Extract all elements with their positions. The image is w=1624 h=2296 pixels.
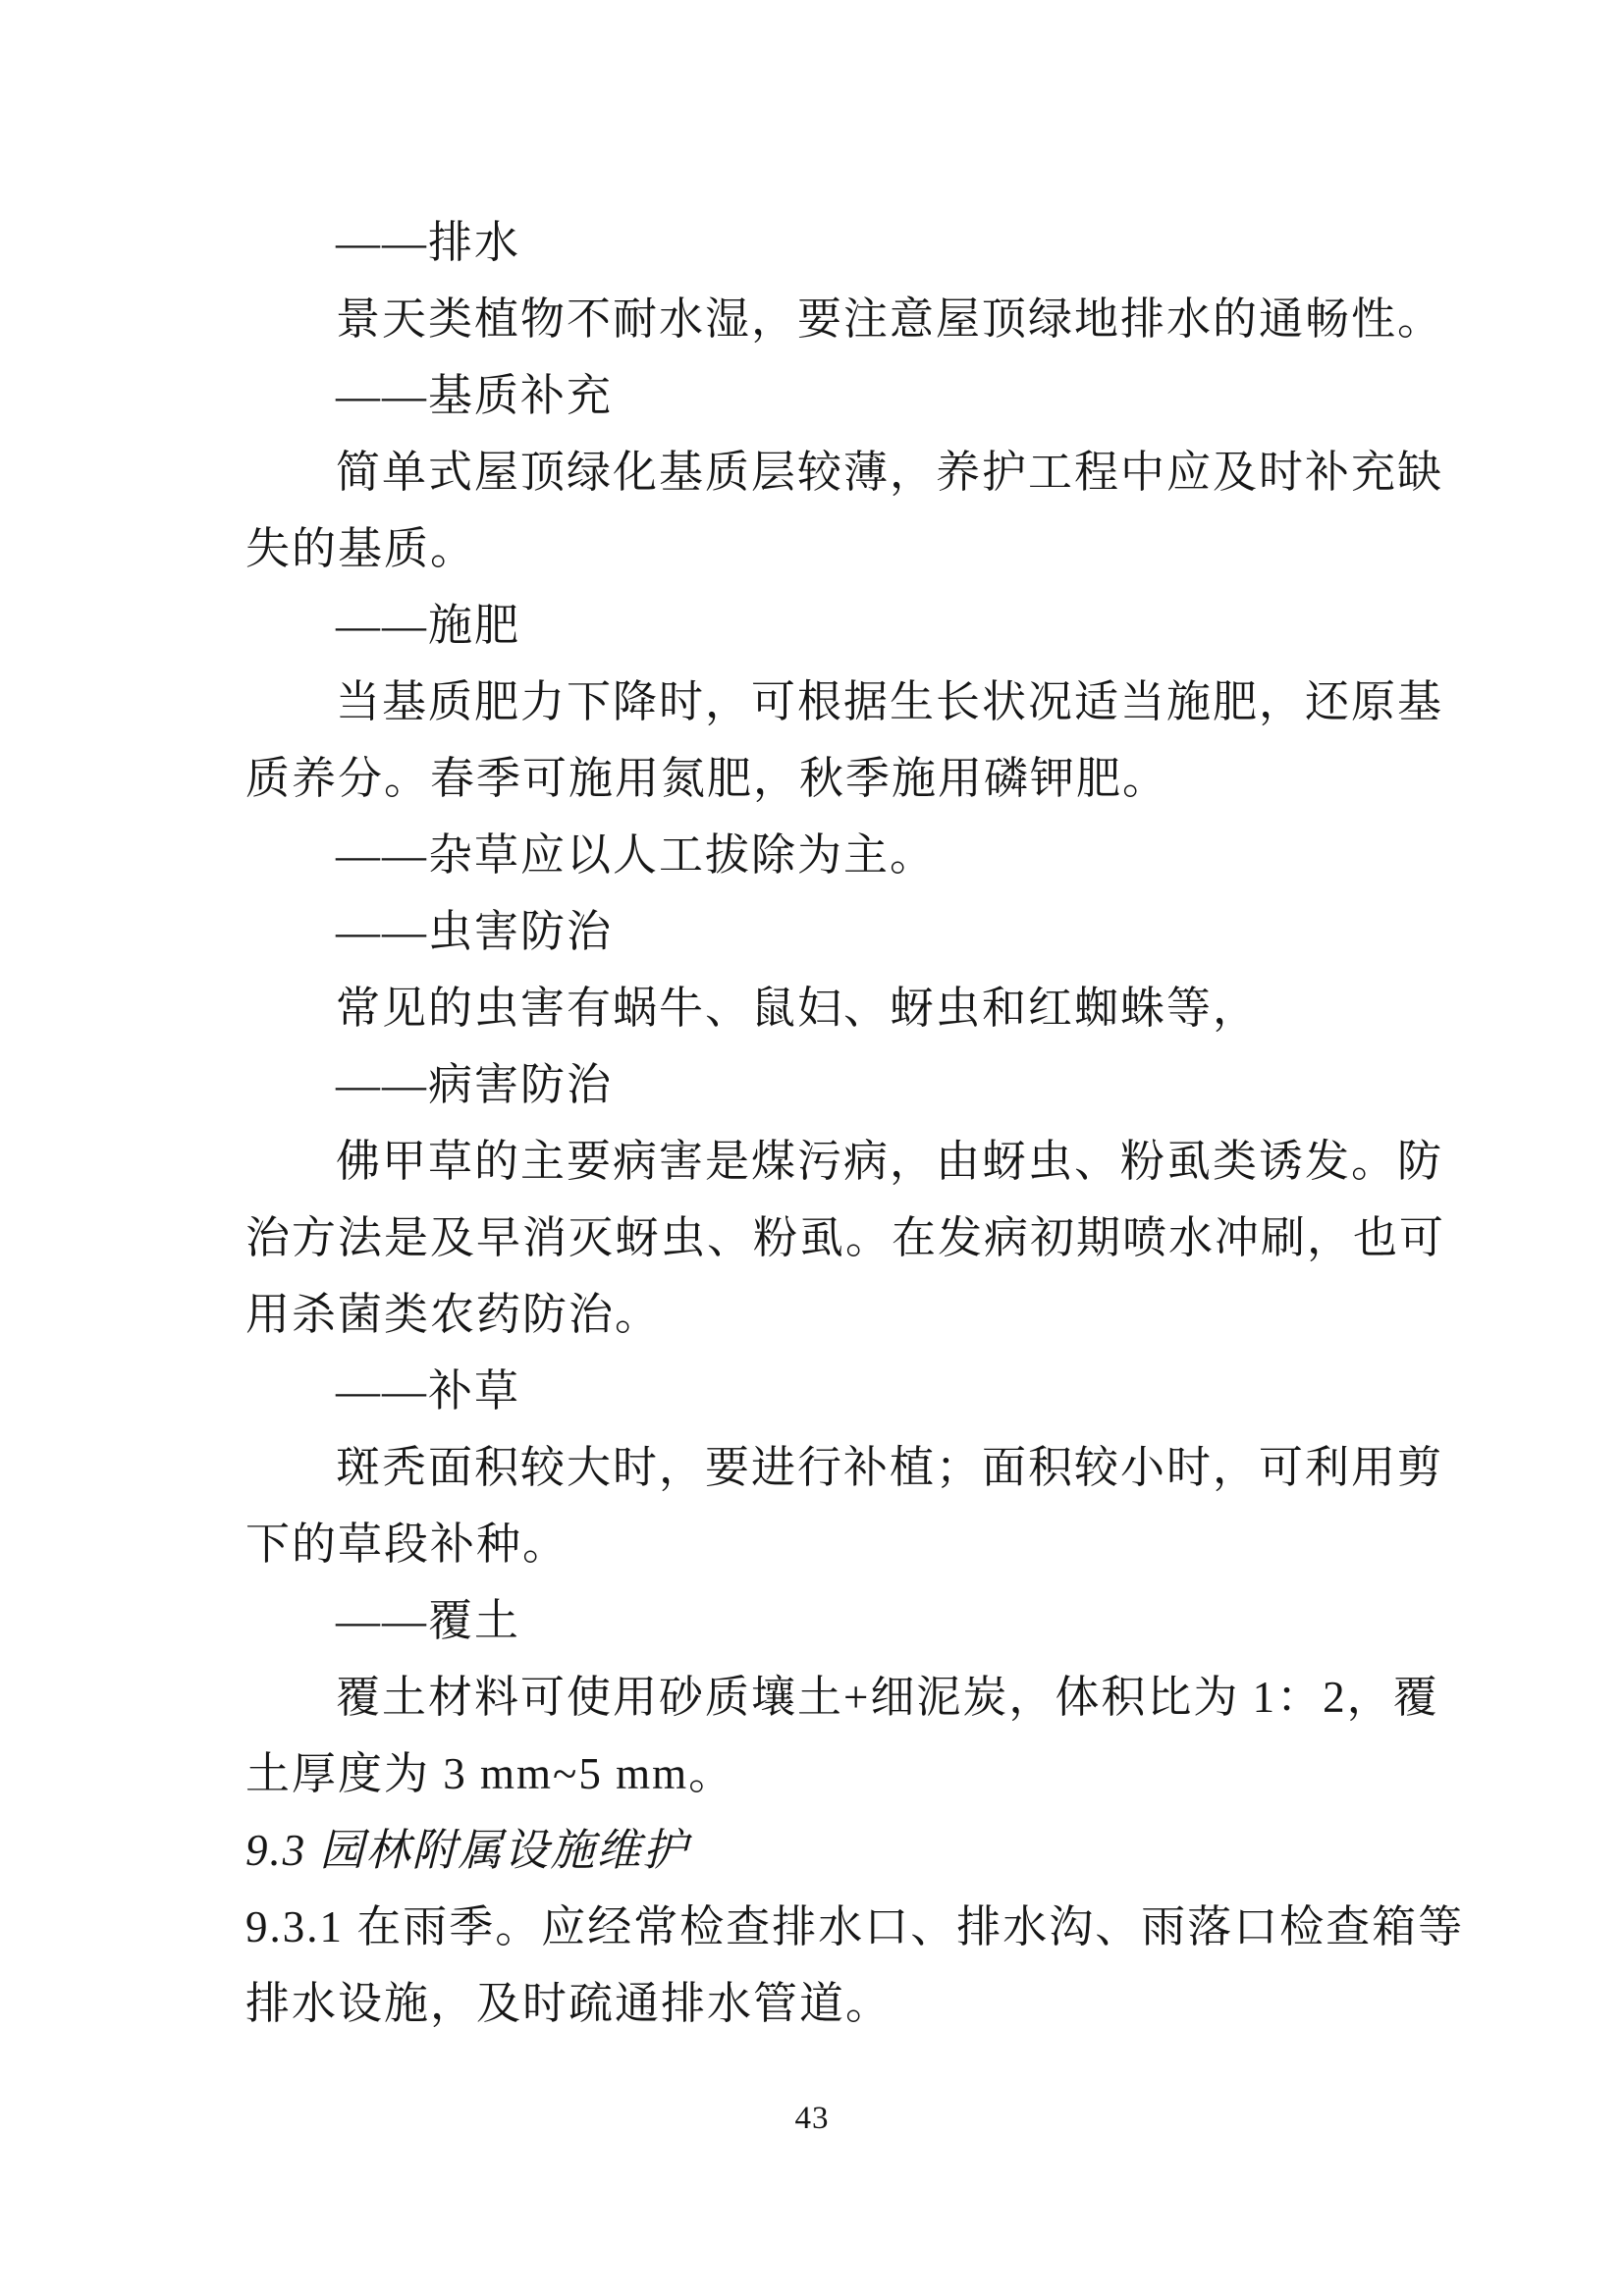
paragraph-soil-cover-line1: 覆土材料可使用砂质壤土+细泥炭，体积比为 1：2，覆 [245,1659,1384,1735]
paragraph-patching-line2: 下的草段补种。 [245,1506,1384,1582]
dash-item-grass-patching: ——补草 [245,1353,1384,1429]
text-block: ——排水 景天类植物不耐水湿，要注意屋顶绿地排水的通畅性。 ——基质补充 简单式… [245,204,1384,2042]
paragraph-disease-line3: 用杀菌类农药防治。 [245,1276,1384,1353]
paragraph-fertilize-line1: 当基质肥力下降时，可根据生长状况适当施肥，还原基 [245,664,1384,740]
dash-item-weeds: ——杂草应以人工拔除为主。 [245,817,1384,893]
dash-item-fertilize: ——施肥 [245,587,1384,664]
paragraph-fertilize-line2: 质养分。春季可施用氮肥，秋季施用磷钾肥。 [245,740,1384,817]
dash-item-drainage: ——排水 [245,204,1384,281]
section-heading-9-3: 9.3 园林附属设施维护 [245,1812,1384,1889]
document-page: ——排水 景天类植物不耐水湿，要注意屋顶绿地排水的通畅性。 ——基质补充 简单式… [0,0,1624,2296]
dash-item-pest-control: ——虫害防治 [245,893,1384,970]
clause-9-3-1-line1: 9.3.1 在雨季。应经常检查排水口、排水沟、雨落口检查箱等 [245,1889,1384,1965]
page-number: 43 [0,2099,1624,2138]
paragraph-disease-line2: 治方法是及早消灭蚜虫、粉虱。在发病初期喷水冲刷，也可 [245,1200,1384,1276]
paragraph-substrate-line1: 简单式屋顶绿化基质层较薄，养护工程中应及时补充缺 [245,434,1384,510]
paragraph-substrate-line2: 失的基质。 [245,510,1384,587]
paragraph-patching-line1: 斑秃面积较大时，要进行补植；面积较小时，可利用剪 [245,1429,1384,1506]
paragraph-pests: 常见的虫害有蜗牛、鼠妇、蚜虫和红蜘蛛等， [245,970,1384,1046]
paragraph-disease-line1: 佛甲草的主要病害是煤污病，由蚜虫、粉虱类诱发。防 [245,1123,1384,1200]
dash-item-disease-control: ——病害防治 [245,1046,1384,1123]
paragraph-drainage: 景天类植物不耐水湿，要注意屋顶绿地排水的通畅性。 [245,281,1384,357]
clause-9-3-1-line2: 排水设施，及时疏通排水管道。 [245,1965,1384,2042]
dash-item-substrate-replenish: ——基质补充 [245,357,1384,434]
dash-item-soil-cover: ——覆土 [245,1582,1384,1659]
paragraph-soil-cover-line2: 土厚度为 3 mm~5 mm。 [245,1735,1384,1812]
